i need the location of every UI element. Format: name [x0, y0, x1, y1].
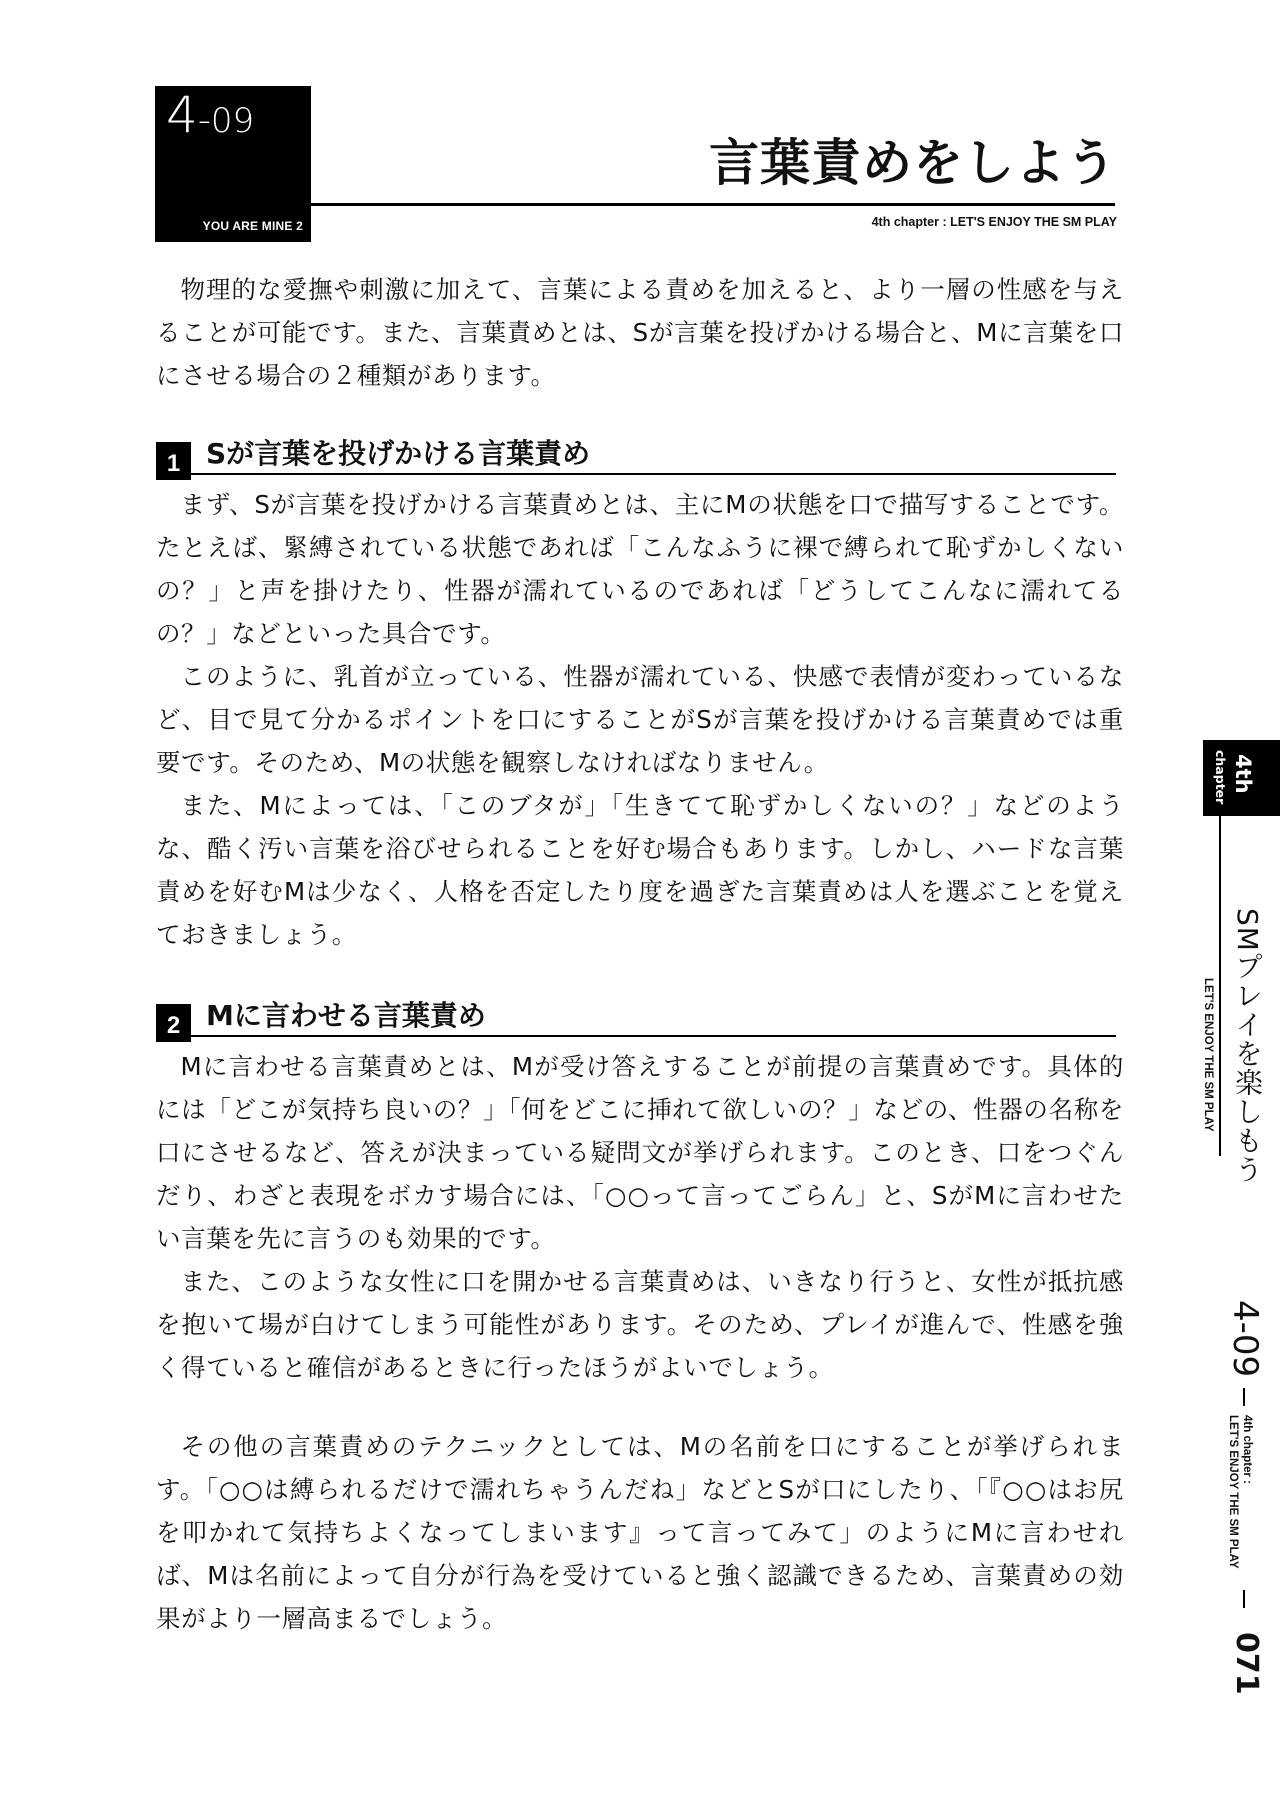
section-1-paragraph-3: また、Mによっては、「このブタが」「生きてて恥ずかしくないの？」などのような、酷… [156, 784, 1124, 956]
side-tab-number: 4th [1231, 754, 1255, 794]
section-title: Mに言わせる言葉責め [206, 998, 486, 1034]
section-number-badge: 2 [156, 1004, 191, 1042]
chapter-number: 4-09 [166, 90, 254, 140]
section-1-paragraph-1: まず、Sが言葉を投げかける言葉責めとは、主にMの状態を口で描写することです。たと… [156, 483, 1124, 655]
chapter-number-dash: - [198, 100, 211, 141]
side-section-subtitle: LET'S ENJOY THE SM PLAY [1202, 978, 1214, 1132]
header-rule [311, 203, 1115, 206]
section-rule [191, 1035, 1116, 1037]
closing-paragraph: その他の言葉責めのテクニックとしては、Mの名前を口にすることが挙げられます。「○… [156, 1425, 1124, 1640]
side-tab-label: chapter [1213, 750, 1228, 804]
running-separator [1243, 1590, 1245, 1608]
chapter-number-sub: 09 [211, 101, 254, 141]
section-title: Sが言葉を投げかける言葉責め [206, 436, 590, 472]
page-subtitle: 4th chapter : LET'S ENJOY THE SM PLAY [872, 215, 1117, 229]
side-divider-line [1219, 816, 1221, 1156]
chapter-side-tab: 4th chapter [1203, 740, 1280, 816]
running-chapter-line-1: 4th chapter : [1240, 1415, 1253, 1484]
running-section-number: 4-09 [1225, 1300, 1265, 1377]
page-number: 071 [1229, 1632, 1264, 1695]
section-2-paragraph-1: Mに言わせる言葉責めとは、Mが受け答えすることが前提の言葉責めです。具体的には「… [156, 1045, 1124, 1260]
section-2-paragraph-2: また、このような女性に口を開かせる言葉責めは、いきなり行うと、女性が抵抗感を抱い… [156, 1260, 1124, 1389]
section-heading-1: 1 Sが言葉を投げかける言葉責め [156, 436, 1116, 480]
section-heading-2: 2 Mに言わせる言葉責め [156, 998, 1116, 1042]
section-number-badge: 1 [156, 442, 191, 480]
chapter-number-box: 4-09 YOU ARE MINE 2 [155, 86, 311, 242]
section-rule [191, 473, 1116, 475]
side-section-title: SMプレイを楽しもう [1227, 908, 1267, 1184]
page-title: 言葉責めをしよう [709, 138, 1117, 188]
chapter-number-main: 4 [166, 86, 198, 144]
chapter-box-label: YOU ARE MINE 2 [203, 219, 303, 233]
section-1-paragraph-2: このように、乳首が立っている、性器が濡れている、快感で表情が変わっているなど、目… [156, 655, 1124, 784]
running-chapter-line-2: LET'S ENJOY THE SM PLAY [1226, 1415, 1239, 1569]
intro-paragraph: 物理的な愛撫や刺激に加えて、言葉による責めを加えると、より一層の性感を与えること… [156, 268, 1124, 397]
running-separator [1243, 1388, 1245, 1406]
